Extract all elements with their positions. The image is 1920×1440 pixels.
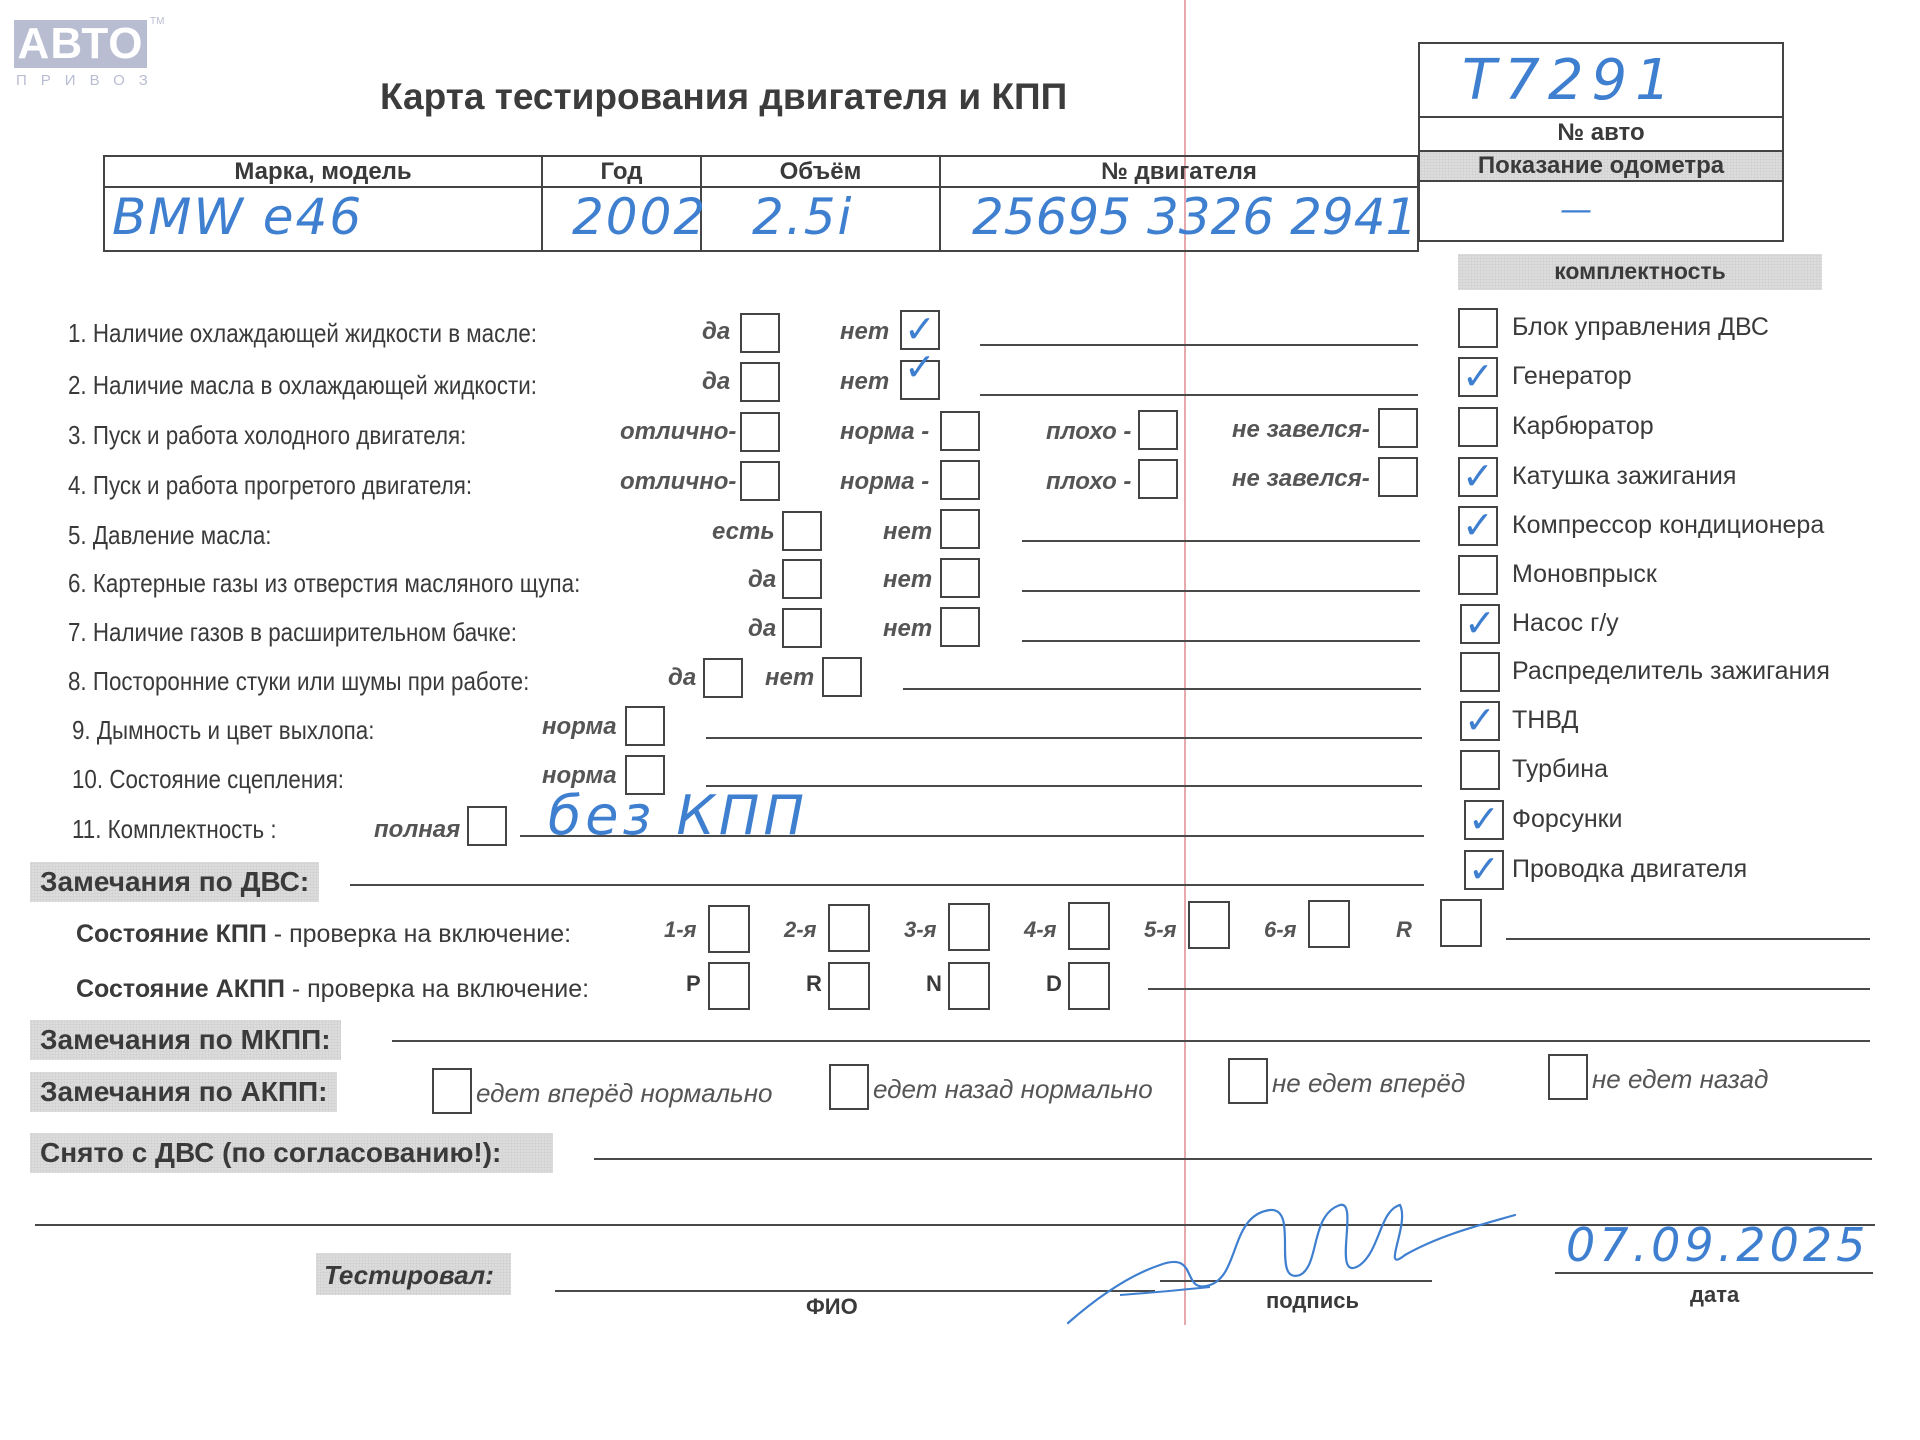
checkbox-row8-yes[interactable]	[703, 658, 743, 698]
completeness-checkbox[interactable]: ✓	[1460, 701, 1500, 741]
gear-checkbox[interactable]	[1308, 900, 1350, 948]
akpp-remark-label: не едет вперёд	[1272, 1068, 1465, 1099]
akpp-position-checkbox[interactable]	[708, 962, 750, 1010]
completeness-checkbox[interactable]	[1460, 750, 1500, 790]
check-row-10-label: 10. Состояние сцепления:	[72, 764, 344, 795]
gear-label: 2-я	[784, 917, 817, 943]
checkbox-row1-yes[interactable]	[740, 313, 780, 353]
completeness-item-label: Генератор	[1512, 362, 1632, 391]
completeness-checkbox[interactable]	[1458, 308, 1498, 348]
completeness-item-label: Моновпрыск	[1512, 560, 1657, 589]
check-row-2-label: 2. Наличие масла в охлаждающей жидкости:	[68, 370, 537, 401]
avtoprivoz-logo: АВТО TM ПРИВОЗ	[14, 20, 162, 89]
option-label: отлично-	[620, 418, 736, 446]
checkmark-icon: ✓	[1464, 701, 1496, 739]
gear-label: 3-я	[904, 917, 937, 943]
completeness-checkbox[interactable]: ✓	[1464, 800, 1504, 840]
mkpp-remarks-label: Замечания по МКПП:	[30, 1020, 341, 1060]
completeness-item-label: Турбина	[1512, 755, 1608, 784]
checkbox-row11-full[interactable]	[467, 806, 507, 846]
akpp-remark-label: едет назад нормально	[873, 1074, 1153, 1105]
check-row-4-label: 4. Пуск и работа прогретого двигателя:	[68, 470, 472, 501]
option-label: да	[702, 318, 730, 346]
year-value[interactable]: 2002	[572, 188, 707, 246]
completeness-checkbox[interactable]	[1458, 407, 1498, 447]
akpp-position-label: D	[1046, 971, 1062, 997]
checkbox-row3-bad[interactable]	[1138, 410, 1178, 450]
mkpp-remarks-line[interactable]	[392, 1040, 1870, 1042]
header-engine-number: № двигателя	[939, 158, 1419, 186]
logo-mark: АВТО	[14, 20, 147, 68]
gear-checkbox[interactable]	[948, 903, 990, 951]
checkbox-row8-no[interactable]	[822, 657, 862, 697]
checkbox-row2-no[interactable]: ✓	[900, 360, 940, 400]
option-label: нет	[883, 518, 932, 546]
notes-line[interactable]	[706, 785, 1422, 787]
completeness-item-label: Блок управления ДВС	[1512, 313, 1769, 342]
gear-label: 4-я	[1024, 917, 1057, 943]
option-label: плохо -	[1046, 418, 1131, 446]
checkbox-row5-no[interactable]	[940, 509, 980, 549]
completeness-item-label: Насос г/у	[1512, 609, 1619, 638]
option-label: нет	[883, 615, 932, 643]
checkbox-row3-excellent[interactable]	[740, 412, 780, 452]
header-volume: Объём	[700, 158, 941, 186]
completeness-note[interactable]: без КПП	[548, 784, 808, 847]
akpp-remark-checkbox[interactable]	[829, 1064, 869, 1110]
gear-checkbox[interactable]	[1188, 901, 1230, 949]
auto-number-label: № авто	[1418, 119, 1784, 147]
engine-number-value[interactable]: 25695 3326 2941	[972, 188, 1417, 246]
completeness-checkbox[interactable]: ✓	[1458, 506, 1498, 546]
logo-subtext: ПРИВОЗ	[14, 72, 162, 89]
check-row-6-label: 6. Картерные газы из отверстия масляного…	[68, 568, 580, 599]
check-row-7-label: 7. Наличие газов в расширительном бачке:	[68, 617, 517, 648]
volume-value[interactable]: 2.5i	[752, 188, 853, 246]
completeness-checkbox[interactable]	[1460, 652, 1500, 692]
odometer-value[interactable]: —	[1560, 190, 1594, 228]
akpp-check-label: Состояние АКПП - проверка на включение:	[76, 975, 589, 1004]
logo-trademark: TM	[150, 16, 164, 27]
auto-number-value[interactable]: T7291	[1462, 48, 1679, 113]
completeness-item-label: Проводка двигателя	[1512, 855, 1747, 884]
checkmark-icon: ✓	[1468, 850, 1500, 888]
option-label: да	[748, 615, 776, 643]
option-label: не завелся-	[1232, 416, 1370, 444]
checkbox-row2-yes[interactable]	[740, 362, 780, 402]
check-row-9-label: 9. Дымность и цвет выхлопа:	[72, 715, 374, 746]
akpp-position-label: N	[926, 971, 942, 997]
option-label: норма -	[840, 468, 929, 496]
gear-label: 6-я	[1264, 917, 1297, 943]
option-label: нет	[883, 566, 932, 594]
option-label: да	[668, 664, 696, 692]
check-row-3-label: 3. Пуск и работа холодного двигателя:	[68, 420, 466, 451]
akpp-remark-checkbox[interactable]	[432, 1068, 472, 1114]
checkbox-row6-yes[interactable]	[782, 559, 822, 599]
completeness-checkbox[interactable]: ✓	[1458, 457, 1498, 497]
notes-line[interactable]	[980, 394, 1418, 396]
notes-line[interactable]	[1022, 590, 1420, 592]
option-label: да	[702, 368, 730, 396]
checkmark-icon: ✓	[1462, 506, 1494, 544]
gear-checkbox[interactable]	[828, 904, 870, 952]
completeness-heading: комплектность	[1458, 258, 1822, 285]
checkmark-icon: ✓	[1468, 800, 1500, 838]
akpp-remarks-label: Замечания по АКПП:	[30, 1072, 337, 1112]
notes-line[interactable]	[520, 835, 1424, 837]
completeness-item-label: Форсунки	[1512, 805, 1623, 834]
checkbox-row4-normal[interactable]	[940, 460, 980, 500]
date-value[interactable]: 07.09.2025	[1566, 1218, 1869, 1272]
akpp-remark-checkbox[interactable]	[1228, 1058, 1268, 1104]
option-label: нет	[840, 368, 889, 396]
checkmark-icon: ✓	[1464, 604, 1496, 642]
page-title: Карта тестирования двигателя и КПП	[380, 76, 1067, 118]
make-model-value[interactable]: BMW e46	[112, 188, 363, 246]
checkbox-row1-no[interactable]: ✓	[900, 310, 940, 350]
completeness-checkbox[interactable]: ✓	[1458, 357, 1498, 397]
removed-line[interactable]	[594, 1158, 1872, 1160]
completeness-item-label: Компрессор кондиционера	[1512, 511, 1824, 540]
check-row-11-label: 11. Комплектность :	[72, 814, 277, 845]
kpp-notes-line[interactable]	[1506, 938, 1870, 940]
gear-checkbox[interactable]	[708, 905, 750, 953]
option-label: норма	[542, 713, 617, 741]
akpp-position-checkbox[interactable]	[948, 962, 990, 1010]
completeness-checkbox[interactable]: ✓	[1464, 850, 1504, 890]
notes-line[interactable]	[903, 688, 1421, 690]
completeness-item-label: ТНВД	[1512, 706, 1578, 735]
checkmark-icon: ✓	[904, 310, 936, 348]
checkbox-row3-normal[interactable]	[940, 411, 980, 451]
akpp-position-label: R	[806, 971, 822, 997]
notes-line[interactable]	[1022, 640, 1420, 642]
header-year: Год	[541, 158, 702, 186]
akpp-position-checkbox[interactable]	[828, 962, 870, 1010]
signature-scribble-icon	[1060, 1195, 1520, 1335]
dvs-remarks-label: Замечания по ДВС:	[30, 862, 319, 902]
checkbox-row6-no[interactable]	[940, 558, 980, 598]
option-label: есть	[712, 518, 775, 546]
checkbox-row7-yes[interactable]	[782, 608, 822, 648]
akpp-notes-line[interactable]	[1148, 988, 1870, 990]
option-label: плохо -	[1046, 468, 1131, 496]
odometer-label: Показание одометра	[1418, 152, 1784, 180]
check-row-1-label: 1. Наличие охлаждающей жидкости в масле:	[68, 318, 537, 349]
option-label: полная	[374, 816, 460, 844]
checkmark-icon: ✓	[1462, 457, 1494, 495]
date-line[interactable]	[1555, 1272, 1873, 1274]
option-label: норма -	[840, 418, 929, 446]
header-make-model: Марка, модель	[103, 158, 543, 186]
notes-line[interactable]	[980, 344, 1418, 346]
completeness-item-label: Карбюратор	[1512, 412, 1654, 441]
checkbox-row3-no-start[interactable]	[1378, 408, 1418, 448]
completeness-item-label: Распределитель зажигания	[1512, 657, 1830, 686]
option-label: отлично-	[620, 468, 736, 496]
dvs-remarks-line[interactable]	[350, 884, 1424, 886]
checkmark-icon: ✓	[904, 348, 936, 386]
tested-by-label: Тестировал:	[324, 1260, 494, 1291]
option-label: нет	[765, 664, 814, 692]
checkmark-icon: ✓	[1462, 357, 1494, 395]
gear-label: 5-я	[1144, 917, 1177, 943]
check-row-5-label: 5. Давление масла:	[68, 520, 271, 551]
fio-label: ФИО	[806, 1294, 858, 1320]
checkbox-row5-yes[interactable]	[782, 511, 822, 551]
notes-line[interactable]	[706, 737, 1422, 739]
date-label: дата	[1690, 1282, 1739, 1308]
notes-line[interactable]	[1022, 540, 1420, 542]
checkbox-row4-bad[interactable]	[1138, 459, 1178, 499]
checkbox-row9-normal[interactable]	[625, 706, 665, 746]
checkbox-row7-no[interactable]	[940, 607, 980, 647]
akpp-position-checkbox[interactable]	[1068, 962, 1110, 1010]
akpp-remark-checkbox[interactable]	[1548, 1054, 1588, 1100]
gear-label: R	[1396, 917, 1412, 943]
akpp-position-label: P	[686, 971, 701, 997]
removed-label: Снято с ДВС (по согласованию!):	[30, 1133, 553, 1173]
option-label: да	[748, 566, 776, 594]
akpp-remark-label: не едет назад	[1592, 1064, 1768, 1095]
checkbox-row4-no-start[interactable]	[1378, 457, 1418, 497]
option-label: нет	[840, 318, 889, 346]
gear-label: 1-я	[664, 917, 697, 943]
checkbox-row4-excellent[interactable]	[740, 461, 780, 501]
gear-checkbox[interactable]	[1068, 902, 1110, 950]
option-label: не завелся-	[1232, 465, 1370, 493]
completeness-checkbox[interactable]	[1458, 555, 1498, 595]
akpp-remark-label: едет вперёд нормально	[476, 1078, 772, 1109]
completeness-item-label: Катушка зажигания	[1512, 462, 1736, 491]
completeness-checkbox[interactable]: ✓	[1460, 604, 1500, 644]
check-row-8-label: 8. Посторонние стуки или шумы при работе…	[68, 666, 529, 697]
gear-checkbox[interactable]	[1440, 899, 1482, 947]
kpp-check-label: Состояние КПП - проверка на включение:	[76, 920, 571, 949]
